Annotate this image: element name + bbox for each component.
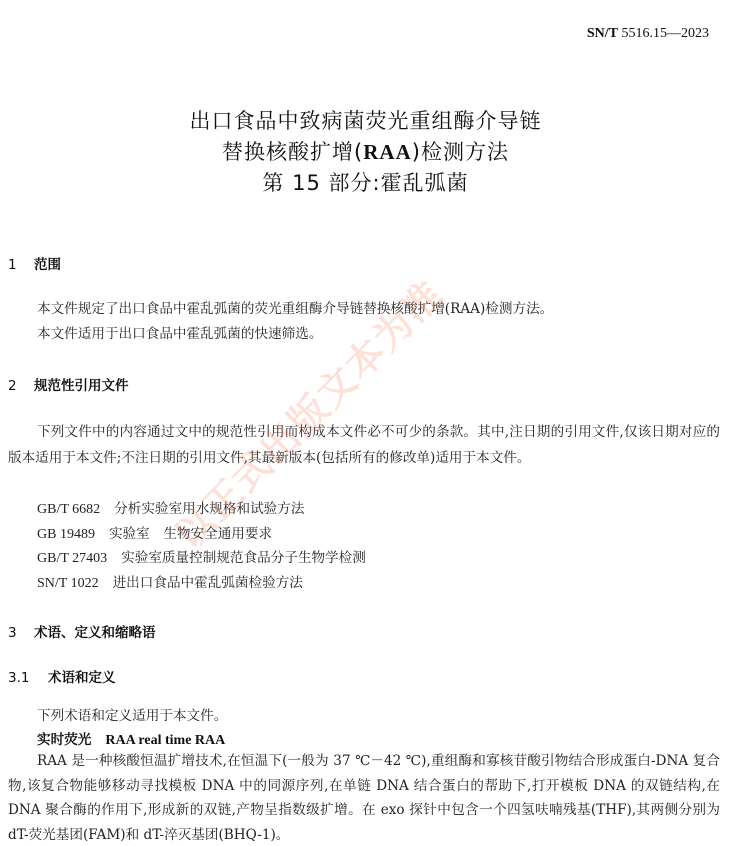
- section-3-1-intro: 下列术语和定义适用于本文件。: [37, 704, 227, 724]
- reference-item: SN/T 1022进出口食品中霍乱弧菌检验方法: [37, 571, 303, 592]
- standard-code: 5516.15—2023: [622, 26, 710, 41]
- title-line-2-post: )检测方法: [412, 140, 509, 164]
- term-definition: RAA 是一种核酸恒温扩增技术,在恒温下(一般为 37 ℃－42 ℃),重组酶和…: [8, 749, 720, 846]
- standard-number: SN/T 5516.15—2023: [587, 26, 709, 42]
- reference-code: GB/T 6682: [37, 502, 100, 518]
- title-line-2-pre: 替换核酸扩增(: [222, 140, 363, 164]
- reference-title: 进出口食品中霍乱弧菌检验方法: [113, 575, 303, 591]
- title-line-3: 第 15 部分:霍乱弧菌: [0, 168, 731, 199]
- section-2-intro: 下列文件中的内容通过文中的规范性引用而构成本文件必不可少的条款。其中,注日期的引…: [8, 420, 720, 471]
- section-3-1-heading: 3.1术语和定义: [8, 666, 116, 686]
- reference-item: GB/T 27403实验室质量控制规范食品分子生物学检测: [37, 546, 366, 567]
- section-1-paragraph-2: 本文件适用于出口食品中霍乱弧菌的快速筛选。: [8, 322, 720, 347]
- reference-item: GB/T 6682分析实验室用水规格和试验方法: [37, 497, 304, 518]
- section-title: 术语、定义和缩略语: [34, 625, 156, 641]
- section-3-heading: 3术语、定义和缩略语: [8, 621, 156, 641]
- section-title: 规范性引用文件: [34, 378, 129, 394]
- reference-code: GB 19489: [37, 527, 95, 543]
- section-title: 范围: [34, 257, 61, 273]
- reference-title: 实验室 生物安全通用要求: [109, 526, 272, 542]
- term-english: RAA real time RAA: [105, 733, 225, 748]
- section-title: 术语和定义: [48, 670, 116, 686]
- term-entry: 实时荧光RAA real time RAA: [37, 728, 225, 749]
- title-raa: RAA: [363, 140, 412, 164]
- term-chinese: 实时荧光: [37, 732, 91, 748]
- reference-title: 分析实验室用水规格和试验方法: [114, 501, 304, 517]
- standard-prefix: SN/T: [587, 26, 618, 41]
- reference-code: SN/T 1022: [37, 576, 99, 592]
- reference-item: GB 19489实验室 生物安全通用要求: [37, 522, 272, 543]
- section-number: 1: [8, 257, 34, 273]
- section-1-paragraph-1: 本文件规定了出口食品中霍乱弧菌的荧光重组酶介导链替换核酸扩增(RAA)检测方法。: [8, 297, 720, 322]
- title-line-1: 出口食品中致病菌荧光重组酶介导链: [0, 106, 731, 137]
- reference-code: GB/T 27403: [37, 551, 107, 567]
- section-2-heading: 2规范性引用文件: [8, 374, 129, 394]
- section-number: 2: [8, 378, 34, 394]
- document-title: 出口食品中致病菌荧光重组酶介导链 替换核酸扩增(RAA)检测方法 第 15 部分…: [0, 106, 731, 199]
- section-number: 3: [8, 625, 34, 641]
- reference-title: 实验室质量控制规范食品分子生物学检测: [121, 550, 366, 566]
- title-line-2: 替换核酸扩增(RAA)检测方法: [0, 137, 731, 168]
- section-number: 3.1: [8, 670, 48, 686]
- section-1-heading: 1范围: [8, 253, 61, 273]
